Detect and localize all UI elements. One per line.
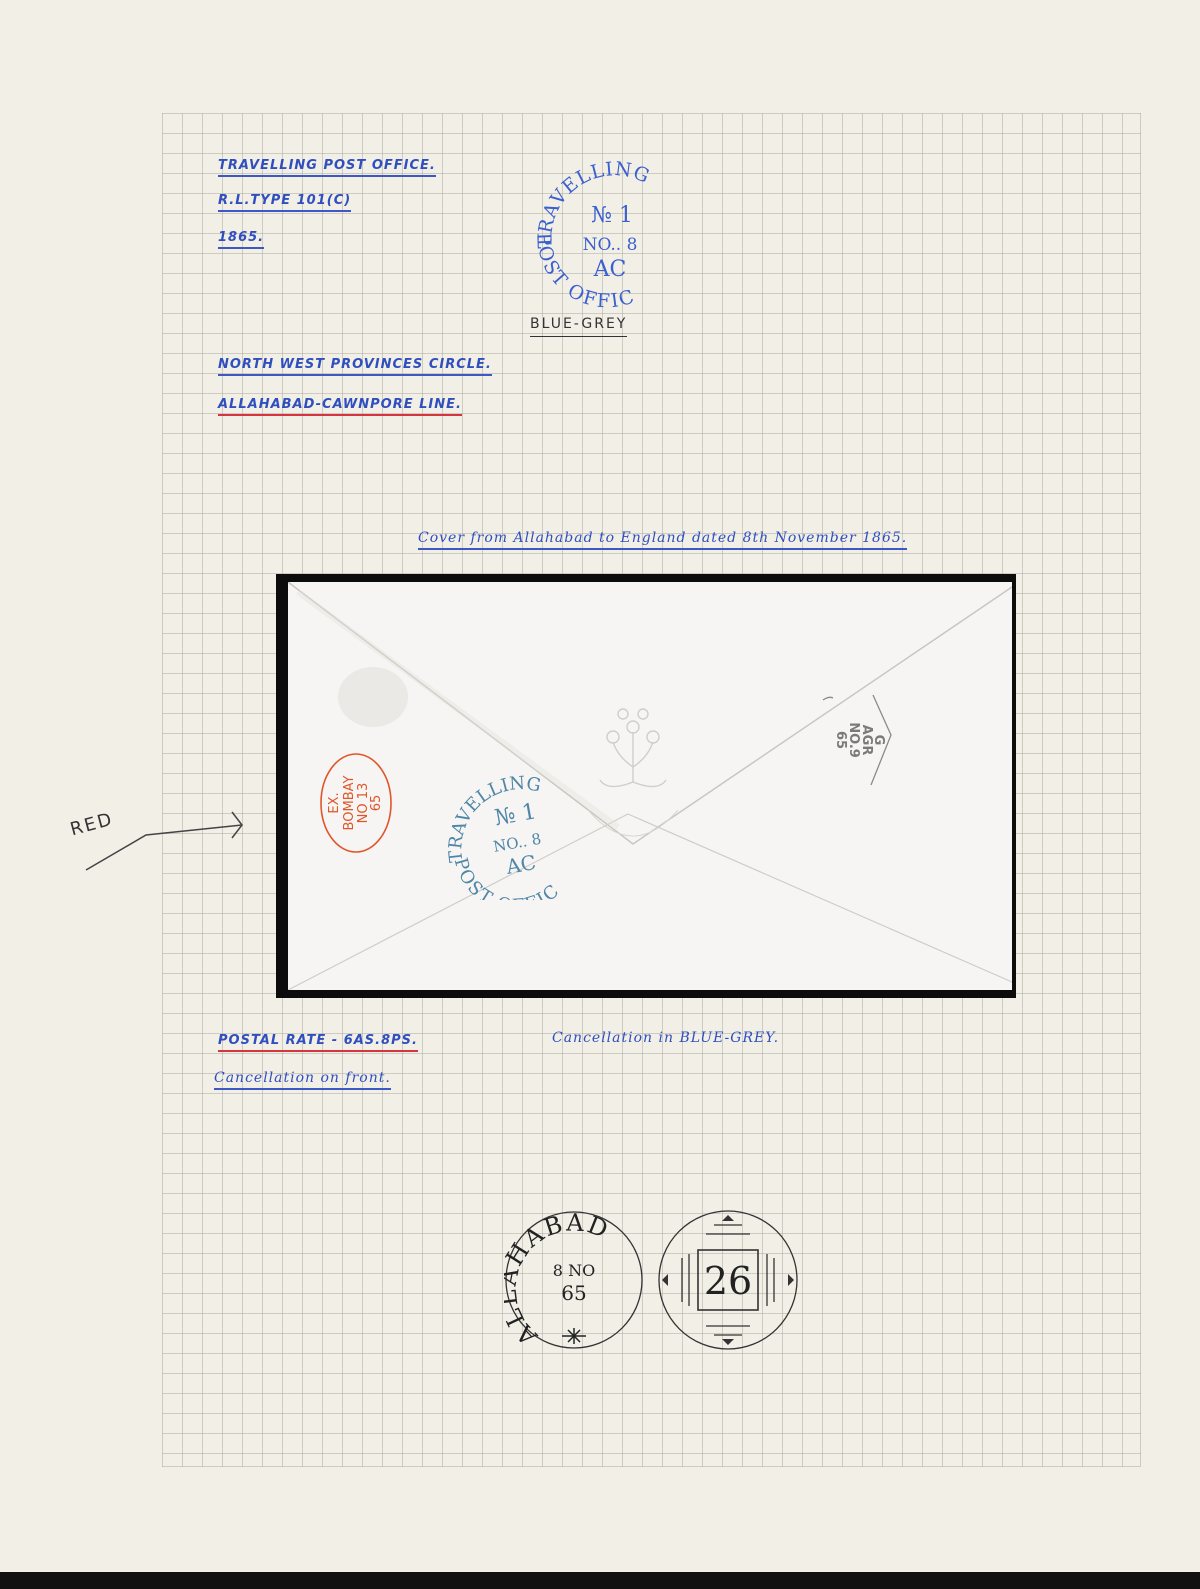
embossed-flower-icon [600, 709, 666, 787]
svg-text:ALLAHABAD: ALLAHABAD [504, 1210, 614, 1350]
svg-text:8 NO: 8 NO [553, 1261, 595, 1280]
svg-text:BOMBAY: BOMBAY [342, 776, 357, 831]
star-ornament-icon [562, 1328, 586, 1344]
svg-text:65: 65 [561, 1281, 586, 1305]
postal-line: ALLAHABAD-CAWNPORE LINE. [218, 397, 462, 416]
year-label: 1865. [218, 230, 264, 249]
type-reference: R.L.TYPE 101(C) [218, 193, 351, 212]
agra-transit-mark: G AGR NO.9 65 [793, 690, 903, 800]
bombay-transit-mark: EX. BOMBAY NO 13 65 [316, 748, 396, 858]
allahabad-datestamp-drawing: ALLAHABAD 8 NO 65 [504, 1210, 644, 1350]
cancellation-front-note: Cancellation on front. [214, 1070, 391, 1090]
envelope-cover: EX. BOMBAY NO 13 65 TRAVELLING POST OFFI… [288, 582, 1012, 990]
tpo-backstamp: TRAVELLING POST OFFIC № 1 NO.. 8 AC [440, 760, 590, 900]
svg-text:EX.: EX. [327, 792, 342, 813]
cancellation-color-note: Cancellation in BLUE-GREY. [552, 1030, 779, 1046]
svg-text:65: 65 [369, 795, 384, 812]
svg-text:26: 26 [704, 1259, 752, 1303]
tpo-cancel-illustration: TRAVELLING POST OFFIC № 1 NO.. 8 AC [530, 160, 690, 310]
album-page: TRAVELLING POST OFFICE. R.L.TYPE 101(C) … [0, 0, 1200, 1572]
postal-circle: NORTH WEST PROVINCES CIRCLE. [218, 357, 492, 376]
svg-text:65: 65 [833, 731, 848, 749]
postal-rate: POSTAL RATE - 6as.8ps. [218, 1033, 418, 1052]
svg-text:NO.. 8: NO.. 8 [583, 235, 638, 255]
svg-text:№ 1: № 1 [591, 203, 633, 228]
envelope-flaps [288, 582, 1012, 990]
svg-text:NO.. 8: NO.. 8 [492, 830, 543, 856]
scan-bottom-edge [0, 1572, 1200, 1589]
svg-text:AC: AC [593, 257, 627, 282]
cover-caption: Cover from Allahabad to England dated 8t… [418, 530, 907, 550]
svg-text:AC: AC [503, 850, 537, 879]
ink-color-label: BLUE-GREY [530, 316, 627, 337]
page-title: TRAVELLING POST OFFICE. [218, 158, 436, 177]
svg-text:№ 1: № 1 [493, 799, 539, 831]
duplex-numeral-drawing: 26 [656, 1210, 802, 1350]
annotation-arrow-icon [84, 810, 254, 875]
